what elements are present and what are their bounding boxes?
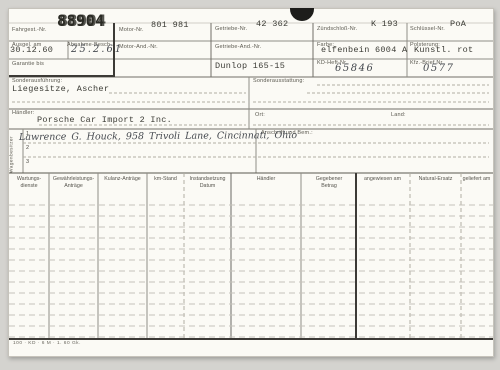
kfz-brief-value: 0577	[423, 64, 454, 74]
getriebe-aend-label: Getriebe-And.-Nr.	[215, 44, 262, 50]
owner-row-number-3: 3	[26, 159, 29, 165]
index-punch-notch	[290, 8, 314, 21]
owner-entry: Lawrence G. Houck, 958 Trivoli Lane, Cin…	[19, 131, 297, 142]
haendler-value: Porsche Car Import 2 Inc.	[37, 116, 172, 125]
owner-row-number-2: 2	[26, 145, 29, 151]
zuendschloss-value: K 193	[371, 20, 398, 29]
schluessel-value: PoA	[450, 20, 466, 29]
col-natural-ersatz: Natural-Ersatz	[411, 176, 460, 183]
kardex-card: Fahrgest.-Nr. 88904 Motor-Nr. 801 981 Ge…	[8, 8, 494, 357]
col-angewiesen-am: angewiesen am	[357, 176, 408, 183]
ort-label: Ort:	[255, 112, 265, 118]
sonderausstattung-label: Sonderausstattung:	[253, 78, 304, 84]
ausgeliefert-value: 30.12.60	[10, 46, 53, 55]
schluessel-label: Schlüssel-Nr.	[410, 26, 445, 32]
kd-heft-value: 65846	[335, 64, 374, 74]
col-kulanz: Kulanz-Anträge	[99, 176, 146, 183]
motor-nr-value: 801 981	[151, 21, 189, 30]
col-km-stand: km-Stand	[148, 176, 183, 183]
motor-nr-label: Motor-Nr.	[119, 27, 144, 33]
col-instandsetzung: Instandsetzung Datum	[185, 176, 230, 190]
garantie-label: Garantie bis	[12, 61, 44, 67]
print-reference: 100 · KD · 6 M · 1. 60 Gk.	[13, 341, 81, 346]
haendler-label: Händler:	[12, 110, 34, 116]
getriebe-nr-value: 42 362	[256, 20, 288, 29]
fahrgest-label: Fahrgest.-Nr.	[12, 27, 47, 33]
polsterung-value: Kunstl. rot	[414, 46, 473, 55]
fahrgest-value: 88904	[57, 14, 105, 30]
abnahme-value: 25.2.61	[71, 45, 123, 55]
col-gegebener-betrag: Gegebener Betrag	[312, 176, 346, 190]
farbe-value: elfenbein 6004 A	[321, 46, 407, 55]
land-label: Land:	[391, 112, 406, 118]
zuendschloss-label: Zündschloß-Nr.	[317, 26, 357, 32]
col-geliefert-am: geliefert am	[460, 176, 493, 183]
col-gewaehrleistung: Gewährleistungs-Anträge	[50, 176, 97, 190]
getriebe-nr-label: Getriebe-Nr.	[215, 26, 247, 32]
motor-aend-label: Motor-And.-Nr.	[119, 44, 158, 50]
reifen-value: Dunlop 165-15	[215, 62, 285, 71]
col-wartungsdienste: Wartungs-dienste	[10, 176, 48, 190]
col-haendler: Händler	[232, 176, 300, 183]
sonderausfuehrung-value: Liegesitze, Ascher	[12, 85, 109, 94]
